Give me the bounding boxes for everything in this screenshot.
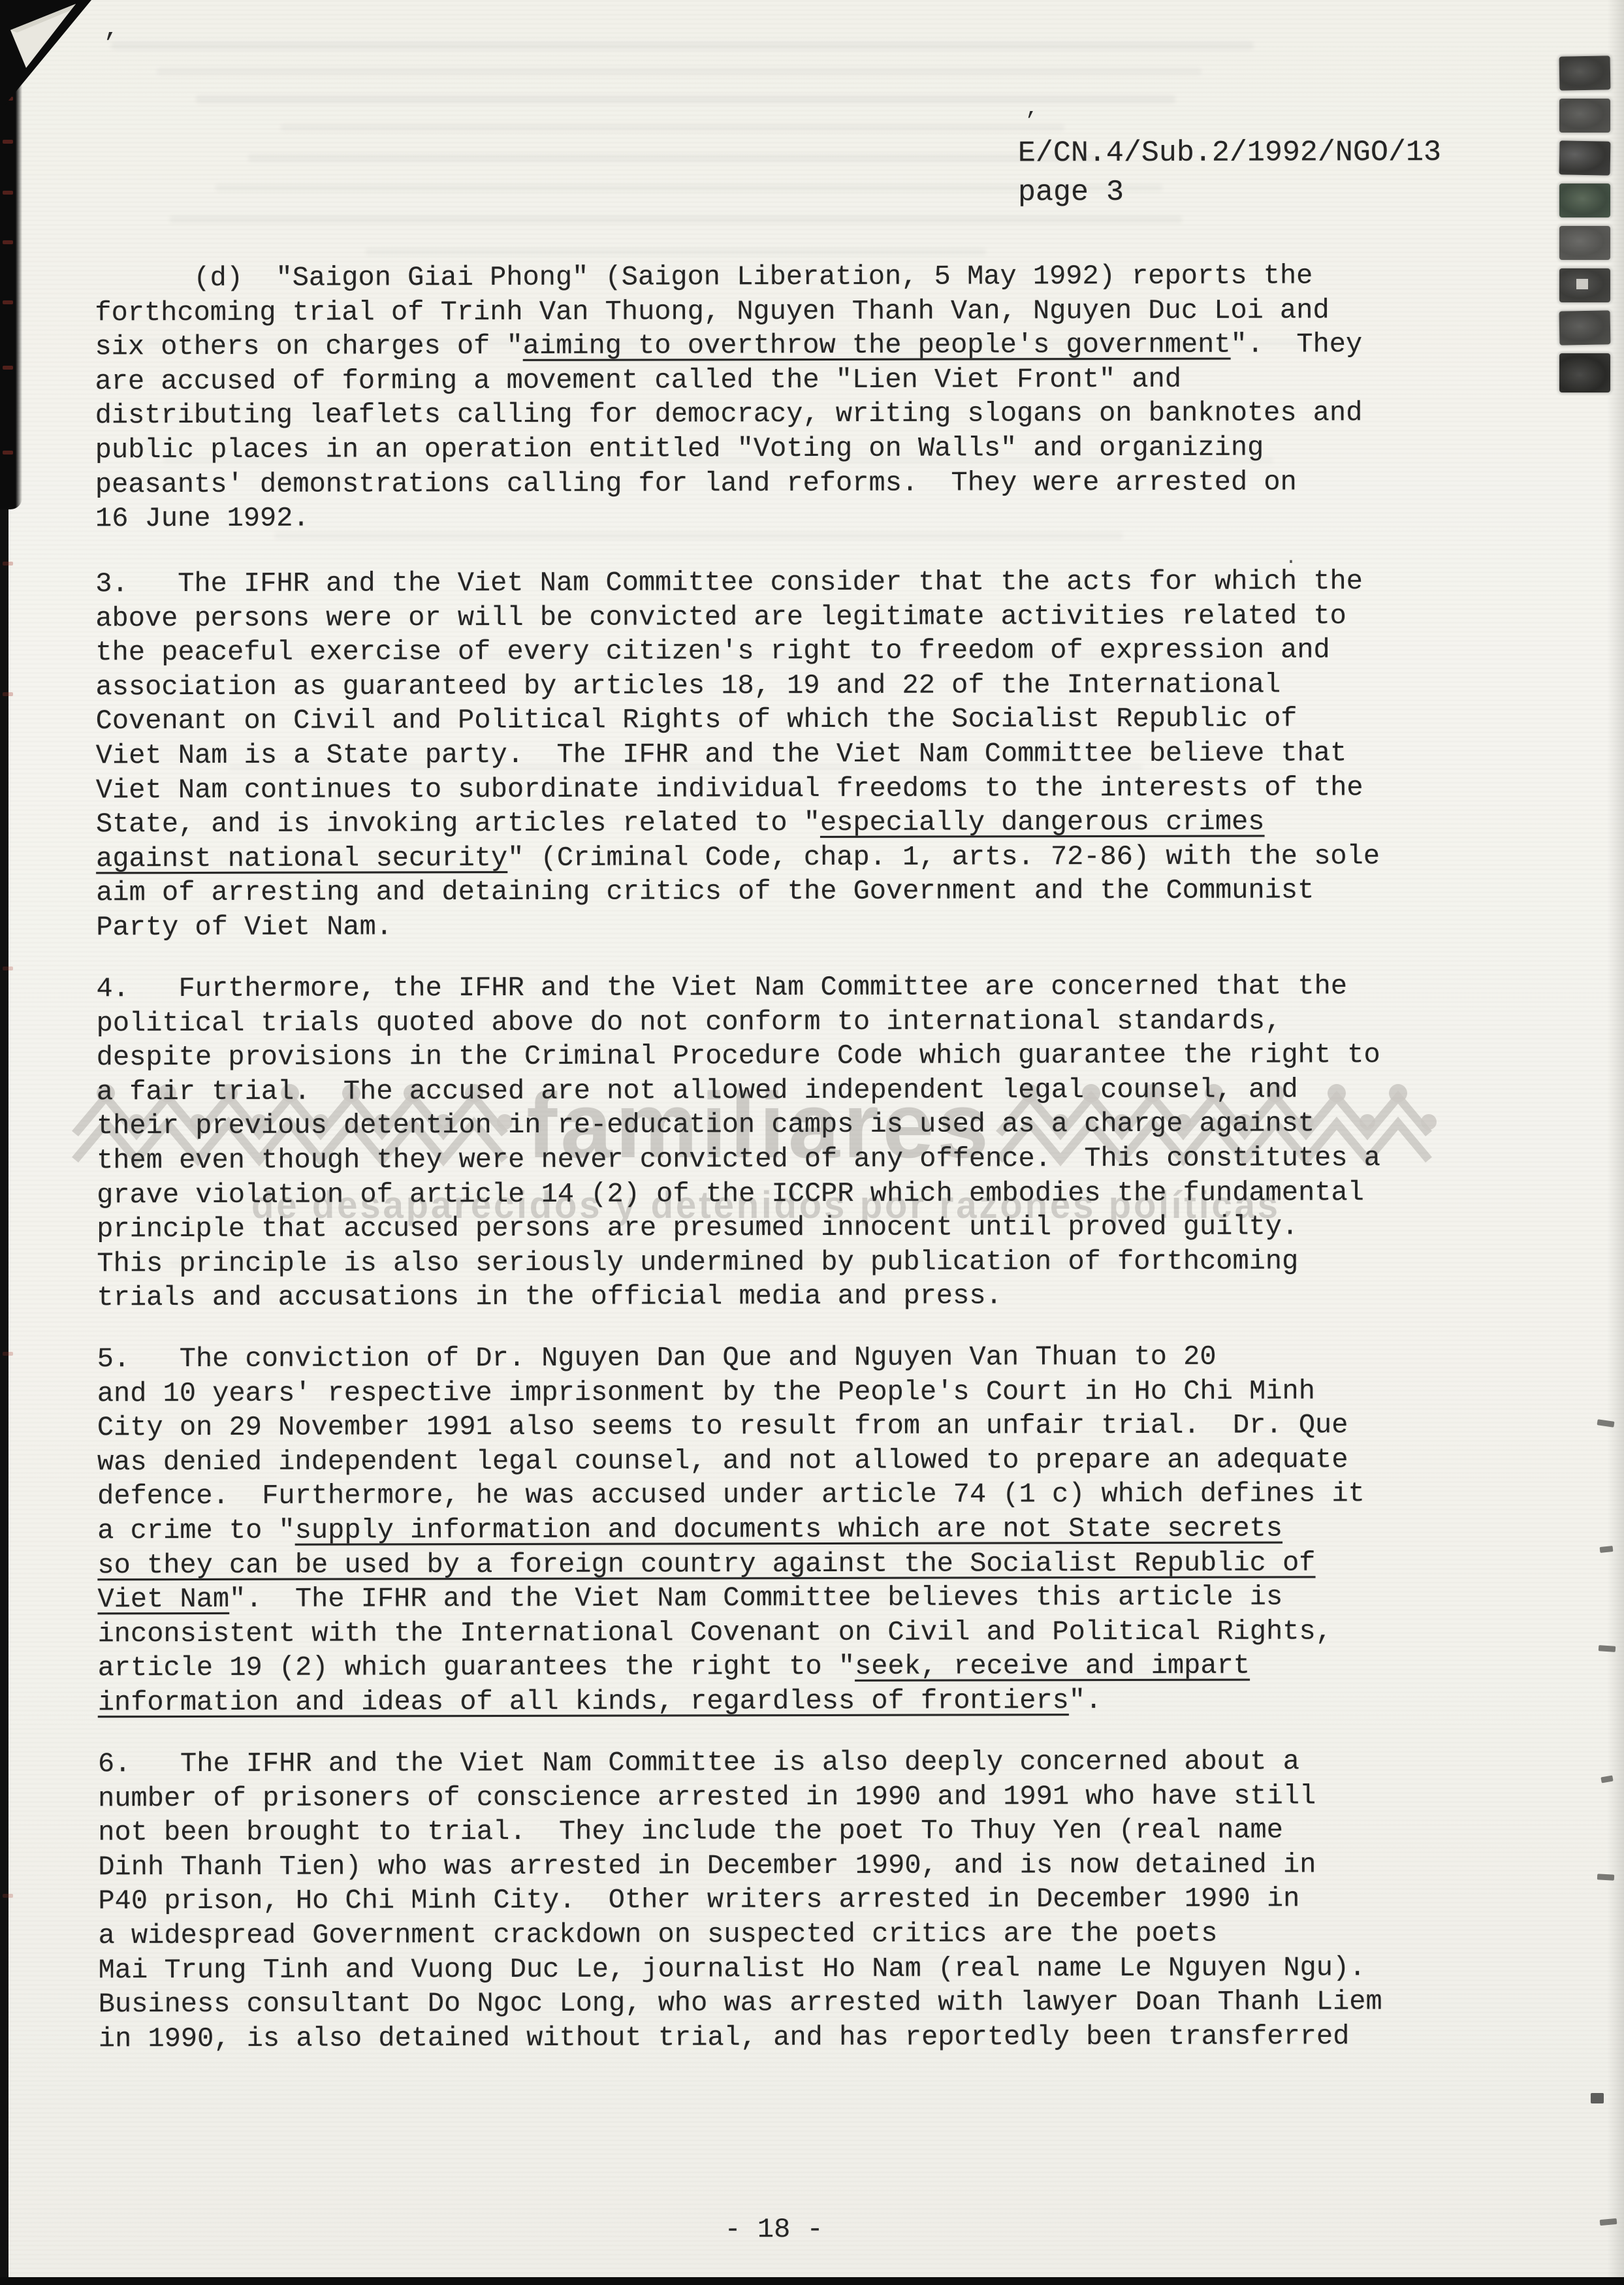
underlined-text: against national security <box>96 842 507 874</box>
ink-speck: ’ <box>1024 110 1037 135</box>
text-line: Mai Trung Tinh and Vuong Duc Le, journal… <box>99 1950 1483 1987</box>
text-line: inconsistent with the International Cove… <box>98 1614 1482 1652</box>
binding-mark <box>1559 226 1610 260</box>
text-line: political trials quoted above do not con… <box>97 1003 1481 1040</box>
text-segment: Viet Nam is a State party. The IFHR and … <box>96 737 1347 771</box>
text-segment: above persons were or will be convicted … <box>95 600 1346 634</box>
text-line: aim of arresting and detaining critics o… <box>96 873 1480 910</box>
text-segment: public places in an operation entitled "… <box>95 432 1264 466</box>
binding-mark <box>1559 310 1611 345</box>
text-segment: City on 29 November 1991 also seems to r… <box>97 1409 1348 1443</box>
text-line: 6. The IFHR and the Viet Nam Committee i… <box>98 1744 1482 1782</box>
scratch-mark <box>1599 1645 1616 1652</box>
text-line: defence. Furthermore, he was accused und… <box>97 1477 1482 1514</box>
text-segment: Viet Nam continues to subordinate indivi… <box>96 772 1363 806</box>
text-segment: political trials quoted above do not con… <box>97 1005 1282 1039</box>
underlined-text: aiming to overthrow the people's governm… <box>523 329 1231 362</box>
red-bleed-mark <box>3 692 13 696</box>
red-bleed-mark <box>3 562 13 566</box>
text-segment: article 19 (2) which guarantees the righ… <box>98 1651 855 1684</box>
text-line: 5. The conviction of Dr. Nguyen Dan Que … <box>97 1339 1482 1377</box>
text-line: forthcoming trial of Trinh Van Thuong, N… <box>95 293 1479 330</box>
scan-edge-bottom <box>0 2277 1624 2285</box>
text-segment: association as guaranteed by articles 18… <box>95 669 1281 703</box>
text-segment: in 1990, is also detained without trial,… <box>99 2021 1350 2054</box>
binding-mark <box>1559 99 1610 133</box>
text-segment: 6. The IFHR and the Viet Nam Committee i… <box>98 1746 1299 1780</box>
text-segment: principle that accused persons are presu… <box>97 1211 1298 1245</box>
text-line: in 1990, is also detained without trial,… <box>99 2019 1483 2056</box>
page-label: page 3 <box>1018 172 1441 212</box>
text-line: (d) "Saigon Giai Phong" (Saigon Liberati… <box>95 259 1479 296</box>
text-line: distributing leaflets calling for democr… <box>95 396 1480 433</box>
text-segment: " (Criminal Code, chap. 1, arts. 72-86) … <box>507 840 1380 874</box>
text-segment: despite provisions in the Criminal Proce… <box>97 1039 1380 1073</box>
text-segment: 5. The conviction of Dr. Nguyen Dan Que … <box>97 1341 1217 1375</box>
paragraph-d: (d) "Saigon Giai Phong" (Saigon Liberati… <box>95 259 1480 536</box>
text-line: peasants' demonstrations calling for lan… <box>95 464 1480 502</box>
binding-mark <box>1559 353 1610 392</box>
text-segment: Mai Trung Tinh and Vuong Duc Le, journal… <box>99 1952 1366 1986</box>
text-line: 16 June 1992. <box>95 499 1480 536</box>
text-line: above persons were or will be convicted … <box>95 598 1480 635</box>
text-line: a widespread Government crackdown on sus… <box>98 1916 1482 1953</box>
typed-text-layer: E/CN.4/Sub.2/1992/NGO/13page 3 (d) "Saig… <box>0 0 1624 2285</box>
paragraph-3: 3. The IFHR and the Viet Nam Committee c… <box>95 564 1480 945</box>
text-line: information and ideas of all kinds, rega… <box>98 1683 1482 1720</box>
text-line: Party of Viet Nam. <box>96 908 1480 945</box>
text-segment: the peaceful exercise of every citizen's… <box>95 635 1329 669</box>
text-line: public places in an operation entitled "… <box>95 430 1480 468</box>
text-line: 4. Furthermore, the IFHR and the Viet Na… <box>96 969 1480 1006</box>
red-bleed-mark <box>3 1352 13 1356</box>
text-segment: a crime to " <box>97 1515 295 1547</box>
text-segment: Dinh Thanh Tien) who was arrested in Dec… <box>98 1849 1316 1883</box>
text-line: not been brought to trial. They include … <box>98 1813 1482 1850</box>
text-segment: Covenant on Civil and Political Rights o… <box>96 703 1298 737</box>
text-segment: ". They <box>1230 328 1362 360</box>
scratch-mark <box>1591 2093 1604 2103</box>
underlined-text: information and ideas of all kinds, rega… <box>98 1685 1069 1718</box>
red-bleed-mark <box>3 191 13 195</box>
text-segment: was denied independent legal counsel, an… <box>97 1444 1348 1478</box>
page-number-footer: - 18 - <box>724 2214 823 2245</box>
text-segment: six others on charges of " <box>95 330 522 362</box>
text-segment: P40 prison, Ho Chi Minh City. Other writ… <box>98 1883 1299 1917</box>
text-segment: 4. Furthermore, the IFHR and the Viet Na… <box>96 970 1347 1004</box>
document-number: E/CN.4/Sub.2/1992/NGO/13 <box>1018 133 1441 173</box>
underlined-text: seek, receive and impart <box>855 1650 1250 1682</box>
text-segment: State, and is invoking articles related … <box>96 807 820 840</box>
text-line: a crime to "supply information and docum… <box>97 1511 1482 1548</box>
text-segment: ". The IFHR and the Viet Nam Committee b… <box>229 1582 1282 1615</box>
binding-mark <box>1559 140 1611 175</box>
text-line: principle that accused persons are presu… <box>97 1209 1481 1247</box>
text-line: Viet Nam". The IFHR and the Viet Nam Com… <box>97 1580 1482 1617</box>
red-bleed-mark <box>3 1894 13 1898</box>
underlined-text: Viet Nam <box>97 1584 229 1615</box>
text-segment: aim of arresting and detaining critics o… <box>96 875 1314 909</box>
paragraph-6: 6. The IFHR and the Viet Nam Committee i… <box>98 1744 1483 2056</box>
text-line: Viet Nam is a State party. The IFHR and … <box>96 736 1480 773</box>
text-segment: (d) "Saigon Giai Phong" (Saigon Liberati… <box>95 260 1313 294</box>
text-segment: Business consultant Do Ngoc Long, who wa… <box>99 1986 1382 2020</box>
text-segment: 16 June 1992. <box>95 503 310 535</box>
paragraph-5: 5. The conviction of Dr. Nguyen Dan Que … <box>97 1339 1482 1720</box>
ink-speck: . <box>1285 547 1297 569</box>
text-line: Viet Nam continues to subordinate indivi… <box>96 770 1480 807</box>
scanned-document-page: familiares de desaparecidos y detenidos … <box>0 0 1624 2285</box>
text-line: and 10 years' respective imprisonment by… <box>97 1373 1482 1411</box>
text-line: number of prisoners of conscience arrest… <box>98 1778 1482 1815</box>
text-line: was denied independent legal counsel, an… <box>97 1443 1482 1480</box>
text-line: so they can be used by a foreign country… <box>97 1545 1482 1582</box>
text-segment: This principle is also seriously undermi… <box>97 1245 1298 1279</box>
text-line: P40 prison, Ho Chi Minh City. Other writ… <box>98 1881 1482 1919</box>
text-segment: number of prisoners of conscience arrest… <box>98 1780 1316 1814</box>
text-segment: a widespread Government crackdown on sus… <box>98 1918 1217 1952</box>
red-bleed-mark <box>3 140 13 144</box>
text-line: Covenant on Civil and Political Rights o… <box>96 701 1480 739</box>
text-segment: them even though they were never convict… <box>97 1142 1380 1176</box>
text-segment: Party of Viet Nam. <box>96 911 392 943</box>
text-segment: defence. Furthermore, he was accused und… <box>97 1478 1365 1512</box>
text-line: the peaceful exercise of every citizen's… <box>95 633 1480 670</box>
text-line: despite provisions in the Criminal Proce… <box>97 1038 1481 1075</box>
paragraph-4: 4. Furthermore, the IFHR and the Viet Na… <box>96 969 1481 1315</box>
red-bleed-mark <box>3 967 13 970</box>
text-segment: are accused of forming a movement called… <box>95 364 1182 397</box>
text-segment: their previous detention in re-education… <box>97 1108 1314 1142</box>
text-segment: and 10 years' respective imprisonment by… <box>97 1375 1315 1409</box>
text-line: a fair trial. The accused are not allowe… <box>97 1072 1481 1110</box>
text-line: six others on charges of "aiming to over… <box>95 327 1479 364</box>
text-line: grave violation of article 14 (2) of the… <box>97 1175 1481 1212</box>
underlined-text: supply information and documents which a… <box>295 1512 1282 1546</box>
red-bleed-mark <box>3 300 13 304</box>
scratch-mark <box>1597 1874 1614 1880</box>
text-line: This principle is also seriously undermi… <box>97 1244 1481 1281</box>
text-line: Business consultant Do Ngoc Long, who wa… <box>99 1985 1483 2022</box>
text-segment: inconsistent with the International Cove… <box>98 1616 1332 1650</box>
binding-mark <box>1559 56 1611 90</box>
text-line: trials and accusations in the official m… <box>97 1278 1481 1315</box>
text-segment: distributing leaflets calling for democr… <box>95 398 1363 432</box>
red-bleed-mark <box>3 366 13 370</box>
text-segment: trials and accusations in the official m… <box>97 1281 1002 1314</box>
text-segment: not been brought to trial. They include … <box>98 1815 1283 1849</box>
text-line: 3. The IFHR and the Viet Nam Committee c… <box>95 564 1480 601</box>
text-line: article 19 (2) which guarantees the righ… <box>98 1648 1482 1686</box>
text-segment: peasants' demonstrations calling for lan… <box>95 466 1297 500</box>
text-segment: 3. The IFHR and the Viet Nam Committee c… <box>95 566 1363 599</box>
text-line: are accused of forming a movement called… <box>95 362 1480 399</box>
text-line: their previous detention in re-education… <box>97 1106 1481 1143</box>
underlined-text: so they can be used by a foreign country… <box>97 1547 1315 1581</box>
underlined-text: especially dangerous crimes <box>820 807 1265 839</box>
text-segment: grave violation of article 14 (2) of the… <box>97 1177 1364 1211</box>
text-line: City on 29 November 1991 also seems to r… <box>97 1408 1482 1445</box>
red-bleed-mark <box>3 240 13 244</box>
text-line: against national security" (Criminal Cod… <box>96 839 1480 876</box>
folded-corner-icon <box>0 0 111 118</box>
text-line: Dinh Thanh Tien) who was arrested in Dec… <box>98 1847 1482 1885</box>
red-bleed-mark <box>3 451 13 455</box>
text-line: them even though they were never convict… <box>97 1141 1481 1178</box>
text-segment: ". <box>1069 1685 1102 1716</box>
text-segment: forthcoming trial of Trinh Van Thuong, N… <box>95 295 1329 328</box>
text-line: State, and is invoking articles related … <box>96 805 1480 842</box>
document-header: E/CN.4/Sub.2/1992/NGO/13page 3 <box>1018 133 1441 212</box>
binding-mark-green <box>1559 184 1610 217</box>
text-line: association as guaranteed by articles 18… <box>95 667 1480 705</box>
binding-mark <box>1559 268 1610 302</box>
text-segment: a fair trial. The accused are not allowe… <box>97 1074 1298 1108</box>
